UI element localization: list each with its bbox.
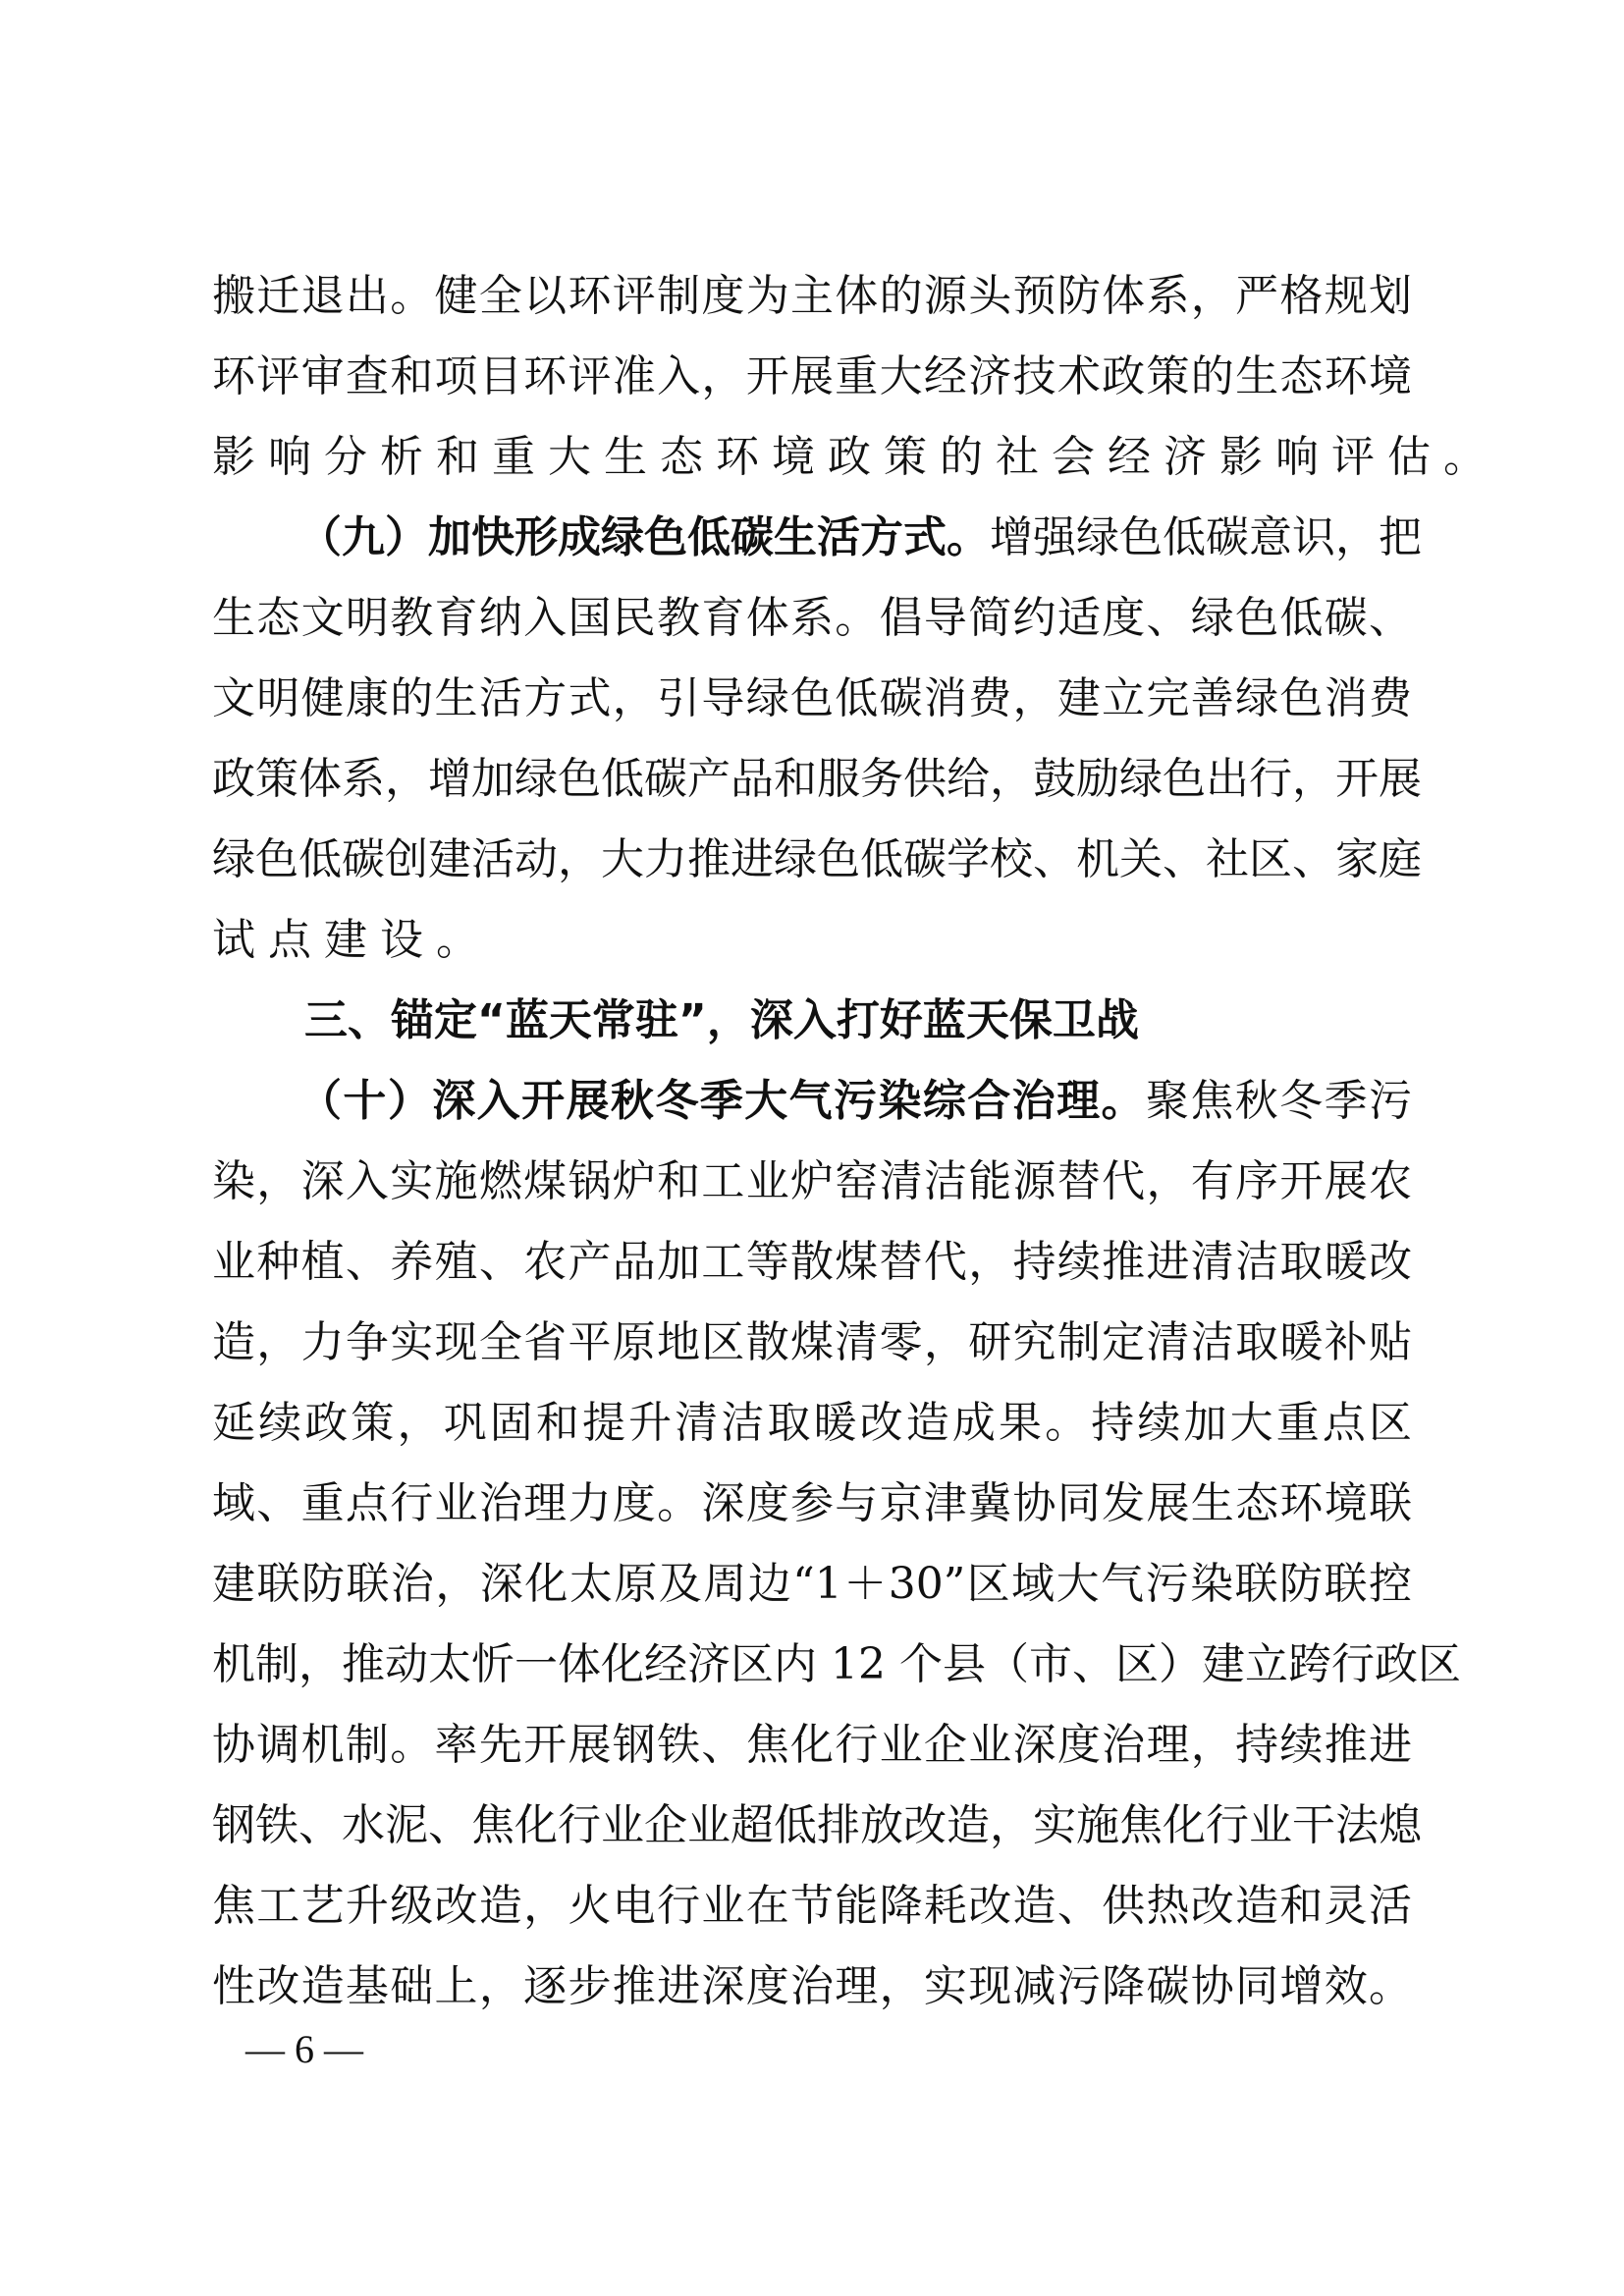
section-nine-subtitle: （九）加快形成绿色低碳生活方式。 bbox=[298, 512, 990, 562]
body-line-3: 影响分析和重大生态环境政策的社会经济影响评估。 bbox=[212, 428, 1412, 487]
body-line-15: 延续政策，巩固和提升清洁取暖改造成果。持续加大重点区 bbox=[212, 1394, 1412, 1453]
body-line-9: 试点建设。 bbox=[212, 911, 1412, 970]
document-page: 搬迁退出。健全以环评制度为主体的源头预防体系，严格规划 环评审查和项目环评准入，… bbox=[0, 0, 1624, 2296]
body-line-7: 政策体系，增加绿色低碳产品和服务供给，鼓励绿色出行，开展 bbox=[212, 750, 1412, 809]
body-line-17: 建联防联治，深化太原及周边“1＋30”区域大气污染联防联控 bbox=[212, 1555, 1412, 1614]
body-line-5: 生态文明教育纳入国民教育体系。倡导简约适度、绿色低碳、 bbox=[212, 589, 1412, 648]
section-ten-text: 聚焦秋冬季污 bbox=[1146, 1076, 1412, 1126]
body-line-16: 域、重点行业治理力度。深度参与京津冀协同发展生态环境联 bbox=[212, 1474, 1412, 1533]
body-line-14: 造，力争实现全省平原地区散煤清零，研究制定清洁取暖补贴 bbox=[212, 1313, 1412, 1372]
section-heading-three: 三、锚定“蓝天常驻”，深入打好蓝天保卫战 bbox=[304, 991, 1139, 1050]
section-ten-subtitle: （十）深入开展秋冬季大气污染综合治理。 bbox=[298, 1076, 1146, 1126]
body-line-21: 焦工艺升级改造，火电行业在节能降耗改造、供热改造和灵活 bbox=[212, 1877, 1412, 1936]
page-number: — 6 — bbox=[245, 2028, 363, 2071]
body-line-13: 业种植、养殖、农产品加工等散煤替代，持续推进清洁取暖改 bbox=[212, 1233, 1412, 1292]
body-line-22: 性改造基础上，逐步推进深度治理，实现减污降碳协同增效。 bbox=[212, 1957, 1412, 2016]
body-line-20: 钢铁、水泥、焦化行业企业超低排放改造，实施焦化行业干法熄 bbox=[212, 1796, 1412, 1855]
section-nine-first-line: （九）加快形成绿色低碳生活方式。增强绿色低碳意识，把 bbox=[298, 508, 1412, 567]
body-line-18: 机制，推动太忻一体化经济区内 12 个县（市、区）建立跨行政区 bbox=[212, 1635, 1412, 1694]
body-line-19: 协调机制。率先开展钢铁、焦化行业企业深度治理，持续推进 bbox=[212, 1716, 1412, 1775]
body-line-2: 环评审查和项目环评准入，开展重大经济技术政策的生态环境 bbox=[212, 347, 1412, 406]
body-line-12: 染，深入实施燃煤锅炉和工业炉窑清洁能源替代，有序开展农 bbox=[212, 1152, 1412, 1211]
body-line-6: 文明健康的生活方式，引导绿色低碳消费，建立完善绿色消费 bbox=[212, 669, 1412, 728]
body-line-1: 搬迁退出。健全以环评制度为主体的源头预防体系，严格规划 bbox=[212, 267, 1412, 326]
section-ten-first-line: （十）深入开展秋冬季大气污染综合治理。聚焦秋冬季污 bbox=[298, 1072, 1412, 1131]
body-line-8: 绿色低碳创建活动，大力推进绿色低碳学校、机关、社区、家庭 bbox=[212, 830, 1412, 889]
section-nine-text: 增强绿色低碳意识，把 bbox=[990, 512, 1422, 562]
